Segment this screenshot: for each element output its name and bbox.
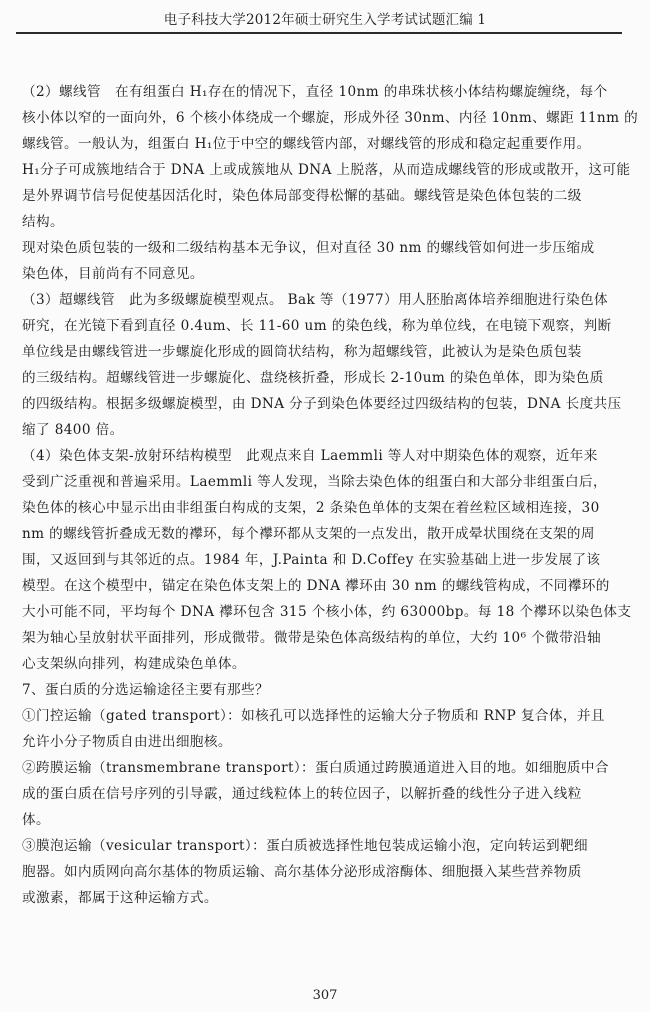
running-header: 电子科技大学2012年硕士研究生入学考试试题汇编 1 (0, 8, 650, 28)
text-line: 胞器。如内质网向高尔基体的物质运输、高尔基体分泌形成溶酶体、细胞摄入某些营养物质 (22, 859, 628, 885)
text-line: 的三级结构。超螺线管进一步螺旋化、盘绕核折叠，形成长 2-10um 的染色单体，… (22, 365, 628, 391)
text-line: nm 的螺线管折叠成无数的襻环，每个襻环都从支架的一点发出，散开成晕状围绕在支架… (22, 521, 628, 547)
text-line: 的四级结构。根据多级螺旋模型，由 DNA 分子到染色体要经过四级结构的包装，DN… (22, 391, 628, 417)
text-line: （4）染色体支架-放射环结构模型 此观点来自 Laemmli 等人对中期染色体的… (22, 443, 628, 469)
text-line: 受到广泛重视和普遍采用。Laemmli 等人发现，当除去染色体的组蛋白和大部分非… (22, 469, 628, 495)
text-line: 或激素，都属于这种运输方式。 (22, 885, 628, 911)
text-line: ③膜泡运输（vesicular transport）：蛋白质被选择性地包装成运输… (22, 833, 628, 859)
paragraph-note: 现对染色质包装的一级和二级结构基本无争议，但对直径 30 nm 的螺线管如何进一… (22, 235, 628, 287)
text-line: H₁分子可成簇地结合于 DNA 上或成簇地从 DNA 上脱落，从而造成螺线管的形… (22, 157, 628, 183)
answer-transmembrane-transport: ②跨膜运输（transmembrane transport）：蛋白质通过跨膜通道… (22, 755, 628, 833)
text-line: 允许小分子物质自由进出细胞核。 (22, 729, 628, 755)
text-line: 核小体以窄的一面向外，6 个核小体绕成一个螺旋，形成外径 30nm、内径 10n… (22, 105, 628, 131)
text-line: 体。 (22, 807, 628, 833)
answer-gated-transport: ①门控运输（gated transport）：如核孔可以选择性的运输大分子物质和… (22, 703, 628, 755)
text-line: （3）超螺线管 此为多级螺旋模型观点。 Bak 等（1977）用人胚胎离体培养细… (22, 287, 628, 313)
text-line: 心支架纵向排列，构建成染色单体。 (22, 651, 628, 677)
paragraph-scaffold-model: （4）染色体支架-放射环结构模型 此观点来自 Laemmli 等人对中期染色体的… (22, 443, 628, 677)
text-line: 模型。在这个模型中，锚定在染色体支架上的 DNA 襻环由 30 nm 的螺线管构… (22, 573, 628, 599)
page-body: （2）螺线管 在有组蛋白 H₁存在的情况下，直径 10nm 的串珠状核小体结构螺… (22, 79, 628, 911)
question-heading: 7、蛋白质的分选运输途径主要有那些？ (22, 677, 628, 703)
text-line: 染色体的核心中显示出由非组蛋白构成的支架，2 条染色单体的支架在着丝粒区域相连接… (22, 495, 628, 521)
text-line: 研究，在光镜下看到直径 0.4um、长 11-60 um 的染色线，称为单位线，… (22, 313, 628, 339)
text-line: 成的蛋白质在信号序列的引导霰，通过线粒体上的转位因子，以解折叠的线性分子进入线粒 (22, 781, 628, 807)
text-line: 单位线是由螺线管进一步螺旋化形成的圆筒状结构，称为超螺线管，此被认为是染色质包装 (22, 339, 628, 365)
question-7: 7、蛋白质的分选运输途径主要有那些？ (22, 677, 628, 703)
text-line: 结构。 (22, 209, 628, 235)
paragraph-solenoid: （2）螺线管 在有组蛋白 H₁存在的情况下，直径 10nm 的串珠状核小体结构螺… (22, 79, 628, 235)
text-line: ①门控运输（gated transport）：如核孔可以选择性的运输大分子物质和… (22, 703, 628, 729)
page-number: 307 (0, 988, 650, 1003)
text-line: （2）螺线管 在有组蛋白 H₁存在的情况下，直径 10nm 的串珠状核小体结构螺… (22, 79, 628, 105)
text-line: 螺线管。一般认为，组蛋白 H₁位于中空的螺线管内部，对螺线管的形成和稳定起重要作… (22, 131, 628, 157)
text-line: 缩了 8400 倍。 (22, 417, 628, 443)
text-line: 大小可能不同，平均每个 DNA 襻环包含 315 个核小体，约 63000bp。… (22, 599, 628, 625)
header-rule (16, 32, 622, 34)
text-line: 染色体，目前尚有不同意见。 (22, 261, 628, 287)
text-line: 现对染色质包装的一级和二级结构基本无争议，但对直径 30 nm 的螺线管如何进一… (22, 235, 628, 261)
answer-vesicular-transport: ③膜泡运输（vesicular transport）：蛋白质被选择性地包装成运输… (22, 833, 628, 911)
paragraph-supersolenoid: （3）超螺线管 此为多级螺旋模型观点。 Bak 等（1977）用人胚胎离体培养细… (22, 287, 628, 443)
text-line: ②跨膜运输（transmembrane transport）：蛋白质通过跨膜通道… (22, 755, 628, 781)
text-line: 围，又返回到与其邻近的点。1984 年，J.Painta 和 D.Coffey … (22, 547, 628, 573)
text-line: 是外界调节信号促使基因活化时，染色体局部变得松懈的基础。螺线管是染色体包装的二级 (22, 183, 628, 209)
text-line: 架为轴心呈放射状平面排列，形成微带。微带是染色体高级结构的单位，大约 10⁶ 个… (22, 625, 628, 651)
